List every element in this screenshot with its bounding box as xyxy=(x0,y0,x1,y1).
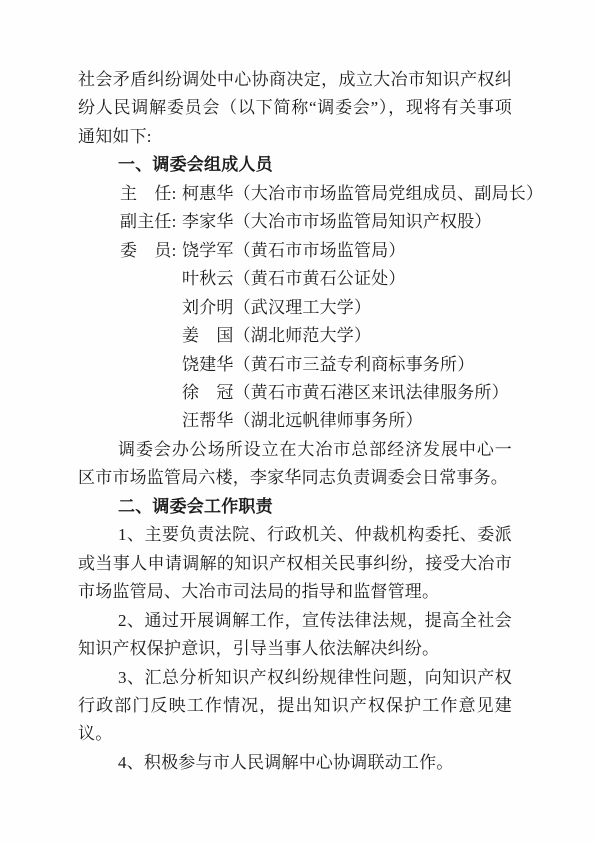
member-item: 徐 冠（黄石市黄石港区来讯法律服务所） xyxy=(182,379,512,407)
member-item: 饶建华（黄石市三益专利商标事务所） xyxy=(182,351,512,379)
office-location-paragraph: 调委会办公场所设立在大冶市总部经济发展中心一区市市场监管局六楼，李家华同志负责调… xyxy=(78,436,512,493)
role-value-deputy-director: 李家华（大冶市市场监管局知识产权股） xyxy=(182,208,492,236)
role-row-director: 主 任: 柯惠华（大冶市市场监管局党组成员、副局长） xyxy=(120,180,512,208)
role-label-director: 主 任: xyxy=(120,180,182,208)
member-item: 刘介明（武汉理工大学） xyxy=(182,294,512,322)
duty-item-4: 4、积极参与市人民调解中心协调联动工作。 xyxy=(78,749,512,777)
duty-item-3: 3、汇总分析知识产权纠纷规律性问题，向知识产权行政部门反映工作情况，提出知识产权… xyxy=(78,664,512,749)
member-item: 汪帮华（湖北远帆律师事务所） xyxy=(182,407,512,435)
document-page: 社会矛盾纠纷调处中心协商决定，成立大冶市知识产权纠纷人民调解委员会（以下简称“调… xyxy=(0,0,594,843)
section1-heading: 一、调委会组成人员 xyxy=(78,151,512,179)
intro-paragraph: 社会矛盾纠纷调处中心协商决定，成立大冶市知识产权纠纷人民调解委员会（以下简称“调… xyxy=(78,66,512,151)
duty-item-1: 1、主要负责法院、行政机关、仲裁机构委托、委派或当事人申请调解的知识产权相关民事… xyxy=(78,521,512,606)
role-row-committee-member: 委 员: 饶学军（黄石市市场监管局） xyxy=(120,237,512,265)
member-item: 姜 国（湖北师范大学） xyxy=(182,322,512,350)
section2-heading: 二、调委会工作职责 xyxy=(78,493,512,521)
role-value-director: 柯惠华（大冶市市场监管局党组成员、副局长） xyxy=(182,180,543,208)
role-value-committee-member: 饶学军（黄石市市场监管局） xyxy=(182,237,406,265)
role-label-committee-member: 委 员: xyxy=(120,237,182,265)
member-item: 叶秋云（黄石市黄石公证处） xyxy=(182,265,512,293)
duty-item-2: 2、通过开展调解工作，宣传法律法规，提高全社会知识产权保护意识，引导当事人依法解… xyxy=(78,607,512,664)
role-label-deputy-director: 副主任: xyxy=(120,208,182,236)
role-row-deputy-director: 副主任: 李家华（大冶市市场监管局知识产权股） xyxy=(120,208,512,236)
